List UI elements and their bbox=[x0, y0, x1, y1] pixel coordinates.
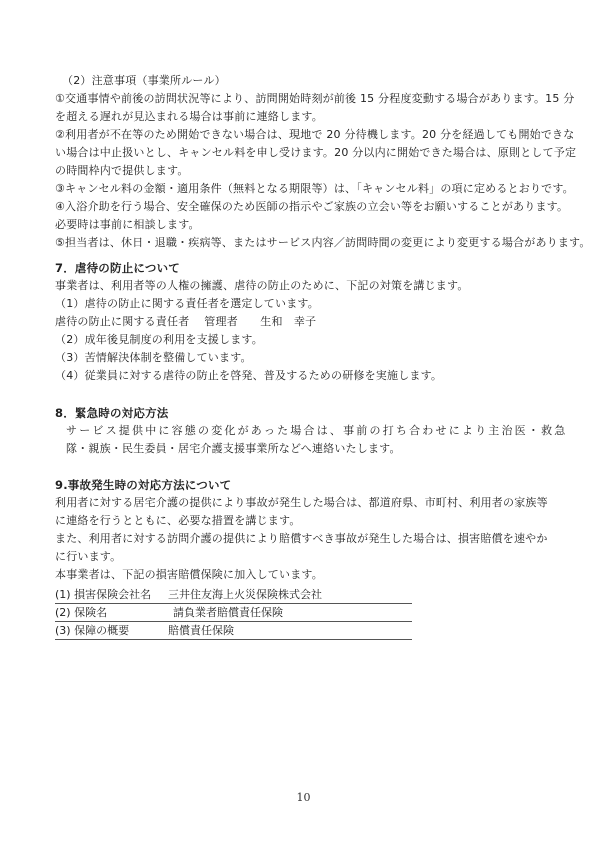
section-heading-accident: 9.事故発生時の対応方法について bbox=[55, 476, 231, 494]
paragraph-line: 事業者は、利用者等の人権の擁護、虐待の防止のために、下記の対策を講じます。 bbox=[55, 277, 469, 295]
paragraph-line: 必要時は事前に相談します。 bbox=[55, 216, 200, 234]
paragraph-line: また、利用者に対する訪問介護の提供により賠償すべき事故が発生した場合は、損害賠償… bbox=[55, 530, 548, 548]
list-item: （4）従業員に対する虐待の防止を啓発、普及するための研修を実施します。 bbox=[55, 367, 442, 385]
insurance-value: 三井住友海上火災保険株式会社 bbox=[168, 588, 322, 601]
list-item: （3）苦情解決体制を整備しています。 bbox=[55, 349, 252, 367]
paragraph-line: い場合は中止扱いとし、キャンセル料を申し受けます。20 分以内に開始できた場合は… bbox=[55, 144, 576, 162]
paragraph-line: ④入浴介助を行う場合、安全確保のため医師の指示やご家族の立会い等をお願いすること… bbox=[55, 198, 568, 216]
paragraph-line: 利用者に対する居宅介護の提供により事故が発生した場合は、都道府県、市町村、利用者… bbox=[55, 494, 548, 512]
insurance-label: (2) 保険名 bbox=[55, 604, 173, 621]
list-item: （2）成年後見制度の利用を支援します。 bbox=[55, 331, 263, 349]
paragraph-line: に行います。 bbox=[55, 548, 121, 566]
section-heading-notes: （2）注意事項（事業所ルール） bbox=[62, 72, 226, 90]
paragraph-line: ⑤担当者は、休日・退職・疾病等、またはサービス内容／訪問時間の変更により変更する… bbox=[55, 234, 591, 252]
document-page: （2）注意事項（事業所ルール） ①交通事情や前後の訪問状況等により、訪問開始時刻… bbox=[0, 0, 607, 860]
paragraph-line: サービス提供中に容態の変化があった場合は、事前の打ち合わせにより主治医・救急 bbox=[66, 422, 568, 440]
section-heading-abuse-prevention: 7．虐待の防止について bbox=[55, 259, 180, 277]
paragraph-line: を超える遅れが見込まれる場合は事前に連絡します。 bbox=[55, 108, 323, 126]
paragraph-line: ①交通事情や前後の訪問状況等により、訪問開始時刻が前後 15 分程度変動する場合… bbox=[55, 90, 574, 108]
insurance-row-name: (2) 保険名請負業者賠償責任保険 bbox=[55, 604, 412, 622]
paragraph-line: の時間枠内で提供します。 bbox=[55, 162, 189, 180]
insurance-value: 賠償責任保険 bbox=[168, 624, 234, 637]
paragraph-line: ②利用者が不在等のため開始できない場合は、現地で 20 分待機します。20 分を… bbox=[55, 126, 574, 144]
section-heading-emergency: 8．緊急時の対応方法 bbox=[55, 404, 169, 422]
insurance-value: 請負業者賠償責任保険 bbox=[173, 606, 283, 619]
insurance-row-company: (1) 損害保険会社名三井住友海上火災保険株式会社 bbox=[55, 586, 412, 604]
insurance-label: (3) 保障の概要 bbox=[55, 622, 168, 639]
page-number: 10 bbox=[0, 791, 607, 804]
paragraph-line: に連絡を行うとともに、必要な措置を講じます。 bbox=[55, 512, 301, 530]
paragraph-line: ③キャンセル料の金額・適用条件（無料となる期限等）は、「キャンセル料」の項に定め… bbox=[55, 180, 574, 198]
responsible-person: 虐待の防止に関する責任者 管理者 生和 幸子 bbox=[55, 313, 316, 331]
paragraph-line: 本事業者は、下記の損害賠償保険に加入しています。 bbox=[55, 566, 323, 584]
insurance-label: (1) 損害保険会社名 bbox=[55, 586, 168, 603]
insurance-row-coverage: (3) 保障の概要賠償責任保険 bbox=[55, 622, 412, 640]
paragraph-line: 隊・親族・民生委員・居宅介護支援事業所などへ連絡いたします。 bbox=[66, 440, 401, 458]
list-item: （1）虐待の防止に関する責任者を選定しています。 bbox=[55, 295, 319, 313]
